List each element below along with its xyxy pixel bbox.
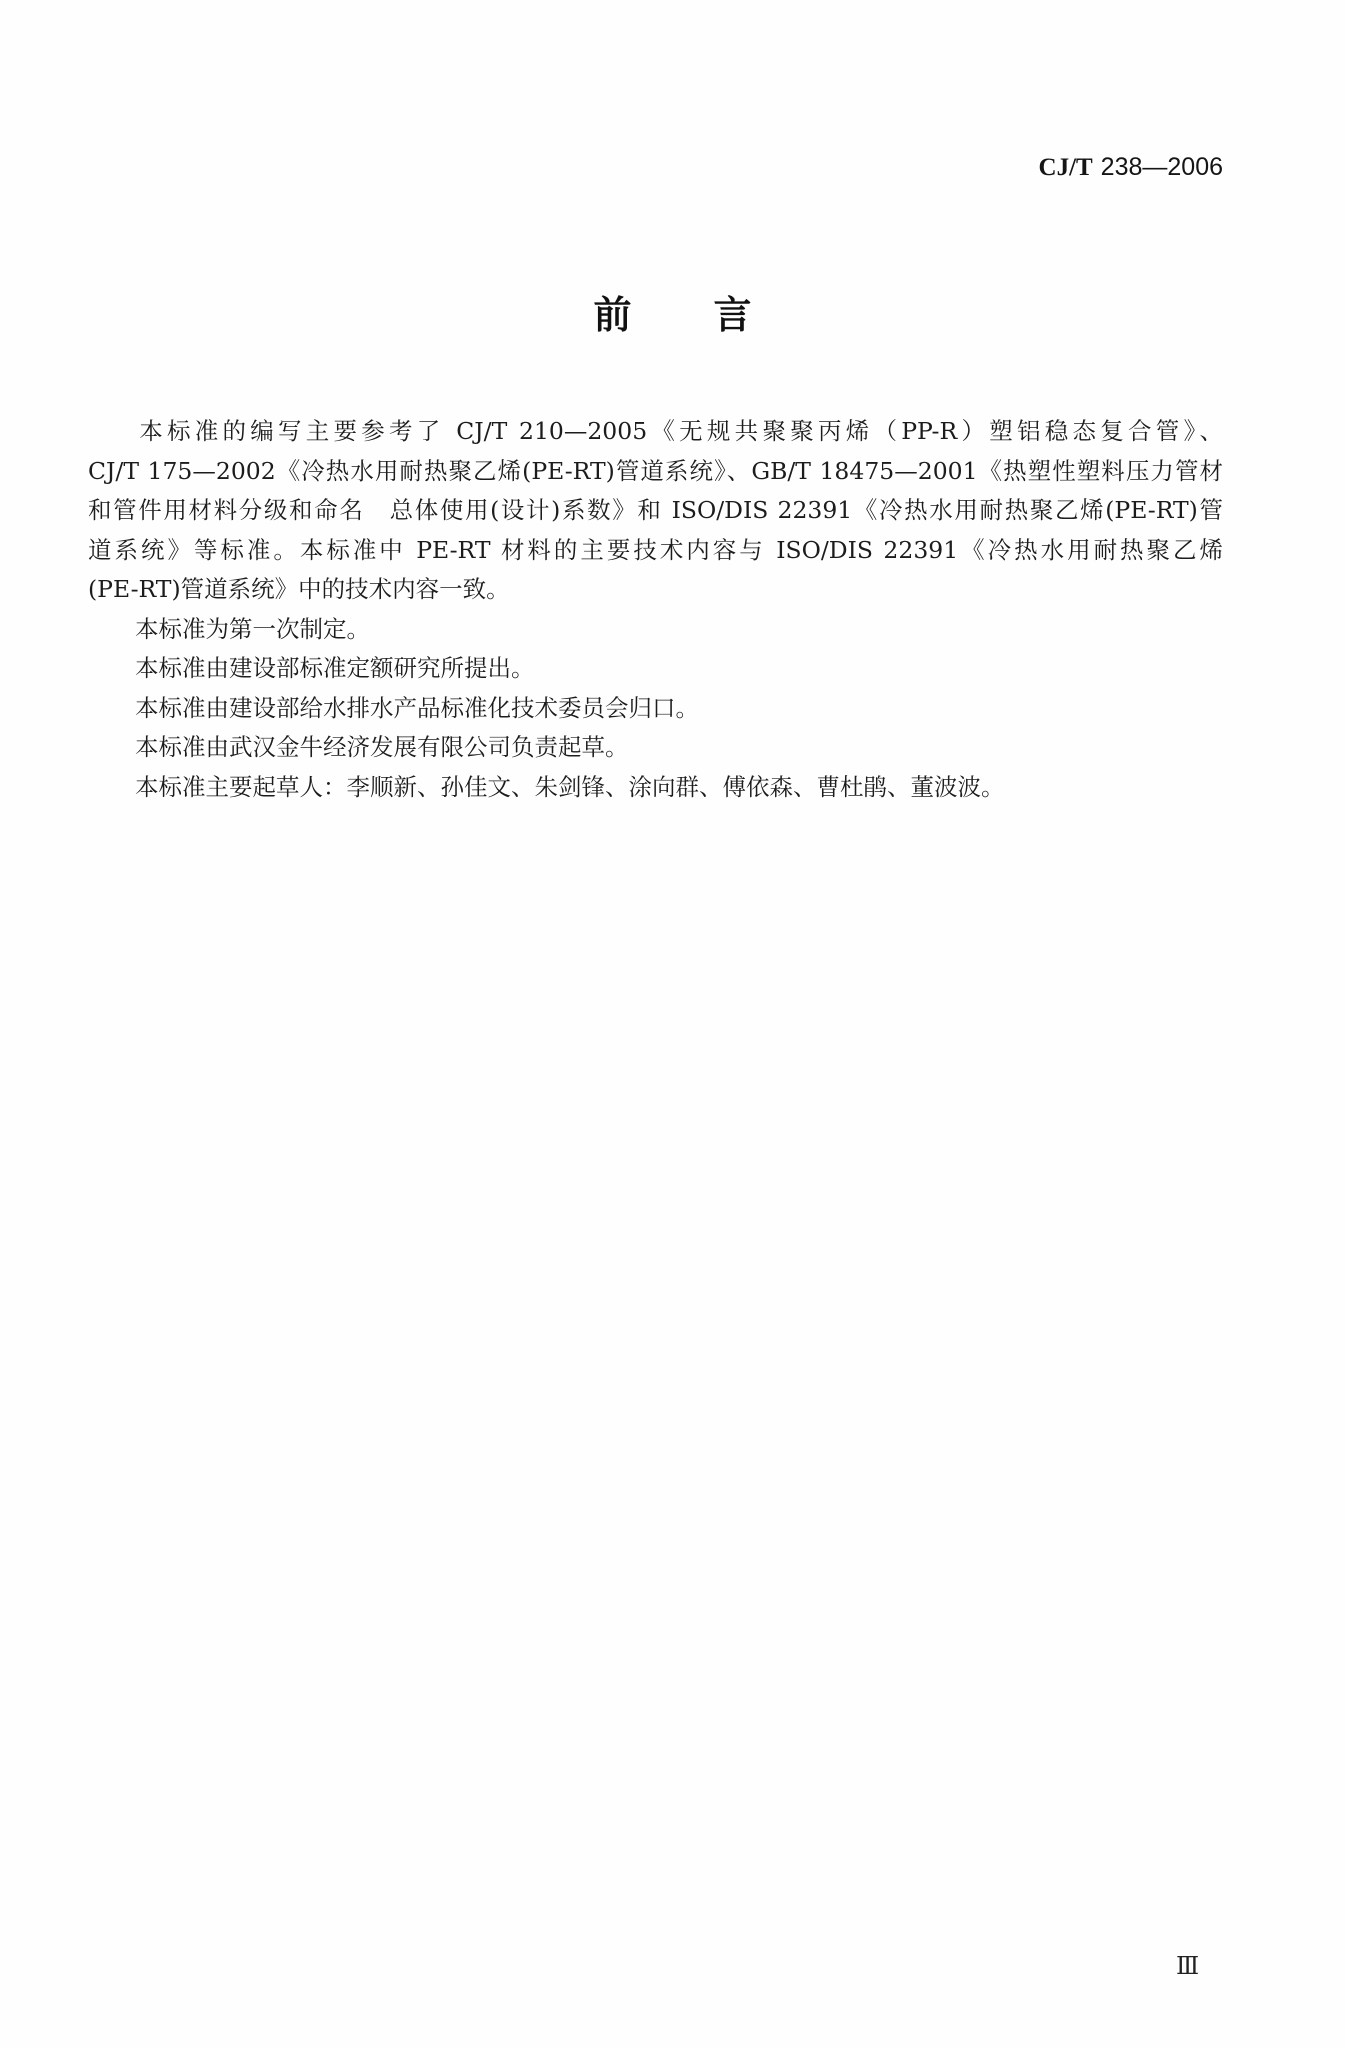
paragraph-line: 和管件用材料分级和命名 总体使用(设计)系数》和 ISO/DIS 22391《冷… — [88, 491, 1223, 531]
paragraph-administrator: 本标准由建设部给水排水产品标准化技术委员会归口。 — [88, 689, 1223, 729]
paragraph-line: CJ/T 175—2002《冷热水用耐热聚乙烯(PE-RT)管道系统》、GB/T… — [88, 452, 1223, 492]
standard-prefix: CJ/T — [1039, 154, 1093, 181]
paragraph-references: 本标准的编写主要参考了 CJ/T 210—2005《无规共聚聚丙烯（PP-R）塑… — [88, 412, 1223, 610]
title-char-2: 言 — [714, 284, 752, 339]
line-text: 本标准的编写主要参考了 CJ/T 210—2005《无规共聚聚丙烯（PP-R）塑… — [135, 417, 1223, 445]
paragraph-first-edition: 本标准为第一次制定。 — [88, 610, 1223, 650]
preface-body: 本标准的编写主要参考了 CJ/T 210—2005《无规共聚聚丙烯（PP-R）塑… — [88, 412, 1223, 807]
paragraph-text: 本标准由建设部给水排水产品标准化技术委员会归口。 — [135, 694, 699, 722]
paragraph-line: (PE-RT)管道系统》中的技术内容一致。 — [88, 570, 1223, 610]
paragraph-text: 本标准由建设部标准定额研究所提出。 — [135, 654, 535, 682]
paragraph-proposer: 本标准由建设部标准定额研究所提出。 — [88, 649, 1223, 689]
paragraph-drafters: 本标准主要起草人：李顺新、孙佳文、朱剑锋、涂向群、傅依森、曹杜鹃、董波波。 — [88, 768, 1223, 808]
title-char-1: 前 — [593, 284, 631, 339]
paragraph-text: 本标准主要起草人：李顺新、孙佳文、朱剑锋、涂向群、傅依森、曹杜鹃、董波波。 — [135, 773, 1005, 801]
paragraph-line: 道系统》等标准。本标准中 PE-RT 材料的主要技术内容与 ISO/DIS 22… — [88, 531, 1223, 571]
page-title: 前言 — [0, 284, 1345, 339]
paragraph-text: 本标准为第一次制定。 — [135, 615, 370, 643]
page-number: Ⅲ — [1176, 1952, 1199, 1981]
standard-number: 238—2006 — [1101, 153, 1223, 181]
document-page: CJ/T 238—2006 前言 本标准的编写主要参考了 CJ/T 210—20… — [0, 0, 1345, 2048]
paragraph-line: 本标准的编写主要参考了 CJ/T 210—2005《无规共聚聚丙烯（PP-R）塑… — [88, 412, 1223, 452]
standard-code-header: CJ/T 238—2006 — [1039, 152, 1223, 182]
paragraph-text: 本标准由武汉金牛经济发展有限公司负责起草。 — [135, 733, 629, 761]
paragraph-drafting-org: 本标准由武汉金牛经济发展有限公司负责起草。 — [88, 728, 1223, 768]
